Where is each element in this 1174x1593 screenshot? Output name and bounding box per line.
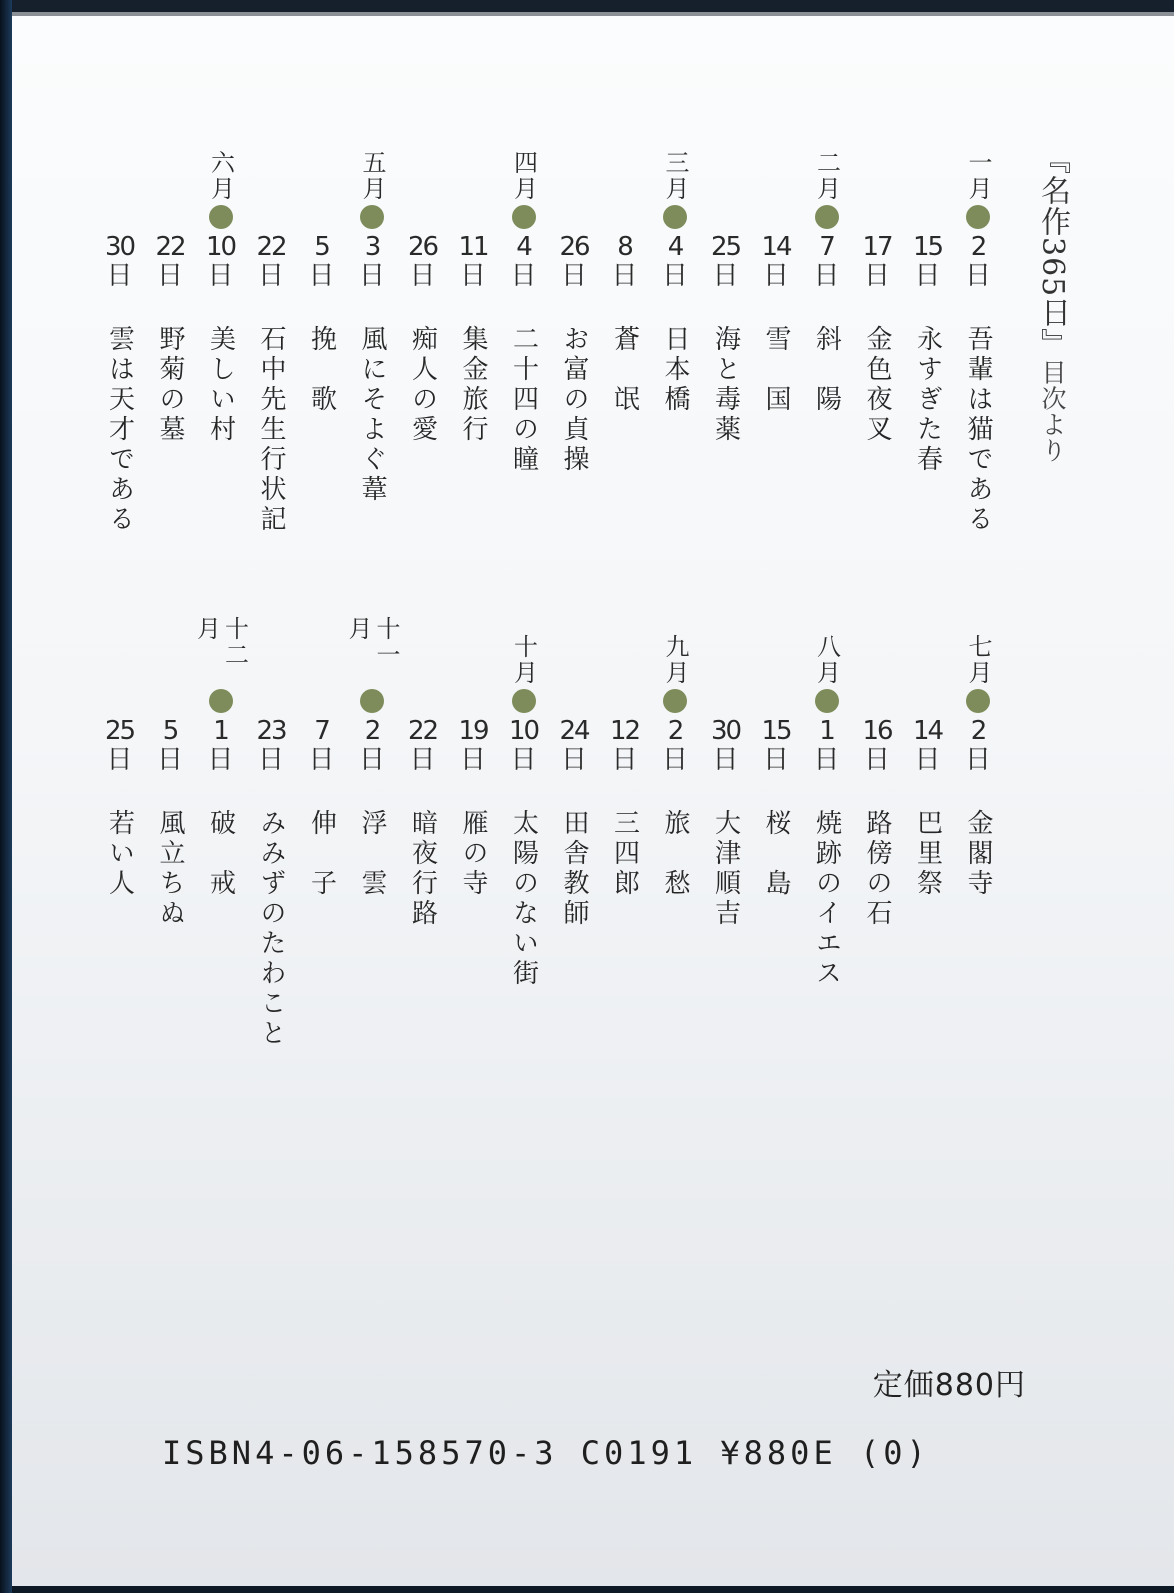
day-unit: 日 [561, 261, 587, 291]
toc-entry: 30日雲は天才である [102, 132, 138, 535]
day-number: 4 [516, 233, 531, 261]
isbn-code: ISBN4-06-158570-3 C0191 ¥880E (0) [162, 1434, 930, 1472]
day-number: 14 [913, 717, 942, 745]
work-title: 若い人 [102, 809, 138, 899]
month-dot-icon [966, 689, 990, 713]
month-label: 三月 [661, 132, 689, 202]
toc-entry: 22日石中先生行状記 [253, 132, 289, 535]
toc-entry: 十月10日太陽のない街 [506, 616, 542, 989]
month-dot-icon [663, 689, 687, 713]
day-number: 5 [163, 717, 178, 745]
price-label: 定価880円 [873, 1360, 1026, 1404]
work-title: 大津順吉 [708, 809, 744, 929]
toc-entry: 14日巴里祭 [910, 616, 946, 899]
day-number: 15 [761, 717, 790, 745]
month-dot-icon [512, 689, 536, 713]
day-number: 7 [819, 233, 834, 261]
day-unit: 日 [662, 261, 688, 291]
cover-left-edge [0, 0, 12, 1593]
day-number: 7 [314, 717, 329, 745]
toc-entry: 八月1日焼跡のイエス [809, 616, 845, 989]
day-number: 5 [314, 233, 329, 261]
day-number: 10 [206, 233, 235, 261]
toc-title: 『名作365日』目次より [1030, 144, 1074, 463]
work-title: 田舎教師 [556, 809, 592, 929]
day-number: 16 [862, 717, 891, 745]
day-unit: 日 [662, 745, 688, 775]
work-title: 二十四の瞳 [506, 325, 542, 475]
day-number: 11 [458, 233, 487, 261]
toc-entry: 十二月1日破 戒 [203, 616, 239, 899]
work-title: 雪 国 [758, 325, 794, 415]
toc-entry: 22日暗夜行路 [405, 616, 441, 929]
toc-entry: 24日田舎教師 [556, 616, 592, 929]
work-title: お富の貞操 [556, 325, 592, 475]
month-dot-icon [815, 205, 839, 229]
work-title: 風にそよぐ葦 [354, 325, 390, 505]
day-unit: 日 [611, 261, 637, 291]
toc-entry: 五月3日風にそよぐ葦 [354, 132, 390, 505]
day-number: 22 [256, 233, 285, 261]
day-number: 26 [559, 233, 588, 261]
day-unit: 日 [308, 261, 334, 291]
day-unit: 日 [308, 745, 334, 775]
toc-entry: 26日痴人の愛 [405, 132, 441, 445]
day-unit: 日 [965, 745, 991, 775]
toc-entry: 四月4日二十四の瞳 [506, 132, 542, 475]
day-number: 2 [971, 233, 986, 261]
work-title: 太陽のない街 [506, 809, 542, 989]
day-unit: 日 [258, 745, 284, 775]
month-dot-icon [966, 205, 990, 229]
toc-entry: 七月2日金閣寺 [960, 616, 996, 899]
day-unit: 日 [611, 745, 637, 775]
day-unit: 日 [813, 261, 839, 291]
day-number: 22 [408, 717, 437, 745]
day-number: 22 [155, 233, 184, 261]
day-unit: 日 [207, 261, 233, 291]
toc-entry: 26日お富の貞操 [556, 132, 592, 475]
month-dot-icon [512, 205, 536, 229]
day-number: 1 [819, 717, 834, 745]
day-unit: 日 [763, 745, 789, 775]
day-unit: 日 [258, 261, 284, 291]
day-unit: 日 [914, 261, 940, 291]
toc-entry: 12日三四郎 [607, 616, 643, 899]
day-unit: 日 [207, 745, 233, 775]
day-unit: 日 [561, 745, 587, 775]
day-number: 10 [509, 717, 538, 745]
day-number: 4 [668, 233, 683, 261]
back-cover-page: 『名作365日』目次より 一月2日吾輩は猫である15日永すぎた春17日金色夜叉二… [12, 12, 1174, 1586]
day-number: 1 [213, 717, 228, 745]
day-number: 30 [711, 717, 740, 745]
work-title: 雁の寺 [455, 809, 491, 899]
month-label: 十二月 [193, 616, 249, 686]
day-unit: 日 [864, 745, 890, 775]
cover-top-edge [0, 0, 1174, 12]
day-number: 8 [617, 233, 632, 261]
work-title: 風立ちぬ [152, 809, 188, 929]
work-title: 焼跡のイエス [809, 809, 845, 989]
title-name: 名作365日 [1035, 175, 1070, 328]
toc-entry: 十一月2日浮 雲 [354, 616, 390, 899]
toc-entry: 7日伸 子 [304, 616, 340, 899]
day-number: 25 [711, 233, 740, 261]
toc-entry: 一月2日吾輩は猫である [960, 132, 996, 535]
work-title: 三四郎 [607, 809, 643, 899]
toc-entry: 17日金色夜叉 [859, 132, 895, 445]
work-title: 蒼 氓 [607, 325, 643, 415]
month-dot-icon [815, 689, 839, 713]
toc-entry: 5日挽 歌 [304, 132, 340, 415]
day-number: 23 [256, 717, 285, 745]
toc-entry: 30日大津順吉 [708, 616, 744, 929]
work-title: 暗夜行路 [405, 809, 441, 929]
work-title: 浮 雲 [354, 809, 390, 899]
work-title: 金閣寺 [960, 809, 996, 899]
toc-entry: 8日蒼 氓 [607, 132, 643, 415]
work-title: 野菊の墓 [152, 325, 188, 445]
month-dot-icon [209, 689, 233, 713]
work-title: 挽 歌 [304, 325, 340, 415]
day-unit: 日 [510, 261, 536, 291]
title-open-quote: 『 [1035, 144, 1070, 175]
title-suffix: 目次より [1038, 359, 1067, 463]
work-title: みみずのたわこと [253, 809, 289, 1049]
toc-entry: 三月4日日本橋 [657, 132, 693, 415]
day-unit: 日 [712, 745, 738, 775]
day-unit: 日 [359, 261, 385, 291]
toc-entry: 九月2日旅 愁 [657, 616, 693, 899]
work-title: 痴人の愛 [405, 325, 441, 445]
day-unit: 日 [763, 261, 789, 291]
work-title: 斜 陽 [809, 325, 845, 415]
toc-entry: 19日雁の寺 [455, 616, 491, 899]
month-label: 十月 [510, 616, 538, 686]
toc-entry: 14日雪 国 [758, 132, 794, 415]
month-label: 八月 [813, 616, 841, 686]
month-dot-icon [360, 205, 384, 229]
toc-entry: 16日路傍の石 [859, 616, 895, 929]
day-number: 30 [105, 233, 134, 261]
toc-entry: 22日野菊の墓 [152, 132, 188, 445]
work-title: 海と毒薬 [708, 325, 744, 445]
month-dot-icon [360, 689, 384, 713]
day-unit: 日 [106, 261, 132, 291]
day-unit: 日 [510, 745, 536, 775]
day-unit: 日 [460, 745, 486, 775]
work-title: 旅 愁 [657, 809, 693, 899]
day-number: 2 [668, 717, 683, 745]
work-title: 金色夜叉 [859, 325, 895, 445]
toc-entry: 23日みみずのたわこと [253, 616, 289, 1049]
day-unit: 日 [813, 745, 839, 775]
day-number: 25 [105, 717, 134, 745]
day-unit: 日 [864, 261, 890, 291]
day-unit: 日 [106, 745, 132, 775]
toc-entry: 25日海と毒薬 [708, 132, 744, 445]
work-title: 桜 島 [758, 809, 794, 899]
day-unit: 日 [157, 745, 183, 775]
day-number: 2 [365, 717, 380, 745]
title-close-quote: 』 [1035, 328, 1070, 359]
work-title: 路傍の石 [859, 809, 895, 929]
work-title: 永すぎた春 [910, 325, 946, 475]
month-label: 九月 [661, 616, 689, 686]
toc-entry: 11日集金旅行 [455, 132, 491, 445]
work-title: 日本橋 [657, 325, 693, 415]
month-label: 二月 [813, 132, 841, 202]
work-title: 伸 子 [304, 809, 340, 899]
work-title: 破 戒 [203, 809, 239, 899]
day-number: 17 [862, 233, 891, 261]
work-title: 美しい村 [203, 325, 239, 445]
month-dot-icon [209, 205, 233, 229]
toc-entry: 六月10日美しい村 [203, 132, 239, 445]
day-unit: 日 [914, 745, 940, 775]
month-label: 一月 [964, 132, 992, 202]
toc-entry: 25日若い人 [102, 616, 138, 899]
toc-entry: 5日風立ちぬ [152, 616, 188, 929]
day-unit: 日 [409, 745, 435, 775]
toc-entry: 15日永すぎた春 [910, 132, 946, 475]
month-label: 十一月 [344, 616, 400, 686]
work-title: 吾輩は猫である [960, 325, 996, 535]
day-unit: 日 [359, 745, 385, 775]
day-number: 26 [408, 233, 437, 261]
day-number: 3 [365, 233, 380, 261]
day-number: 2 [971, 717, 986, 745]
work-title: 雲は天才である [102, 325, 138, 535]
day-number: 14 [761, 233, 790, 261]
month-dot-icon [663, 205, 687, 229]
day-number: 12 [610, 717, 639, 745]
day-unit: 日 [965, 261, 991, 291]
toc-entry: 15日桜 島 [758, 616, 794, 899]
day-unit: 日 [460, 261, 486, 291]
toc-entry: 二月7日斜 陽 [809, 132, 845, 415]
work-title: 巴里祭 [910, 809, 946, 899]
day-number: 19 [458, 717, 487, 745]
month-label: 七月 [964, 616, 992, 686]
day-number: 24 [559, 717, 588, 745]
day-unit: 日 [712, 261, 738, 291]
work-title: 集金旅行 [455, 325, 491, 445]
day-unit: 日 [157, 261, 183, 291]
month-label: 五月 [358, 132, 386, 202]
day-number: 15 [913, 233, 942, 261]
month-label: 六月 [207, 132, 235, 202]
month-label: 四月 [510, 132, 538, 202]
work-title: 石中先生行状記 [253, 325, 289, 535]
day-unit: 日 [409, 261, 435, 291]
